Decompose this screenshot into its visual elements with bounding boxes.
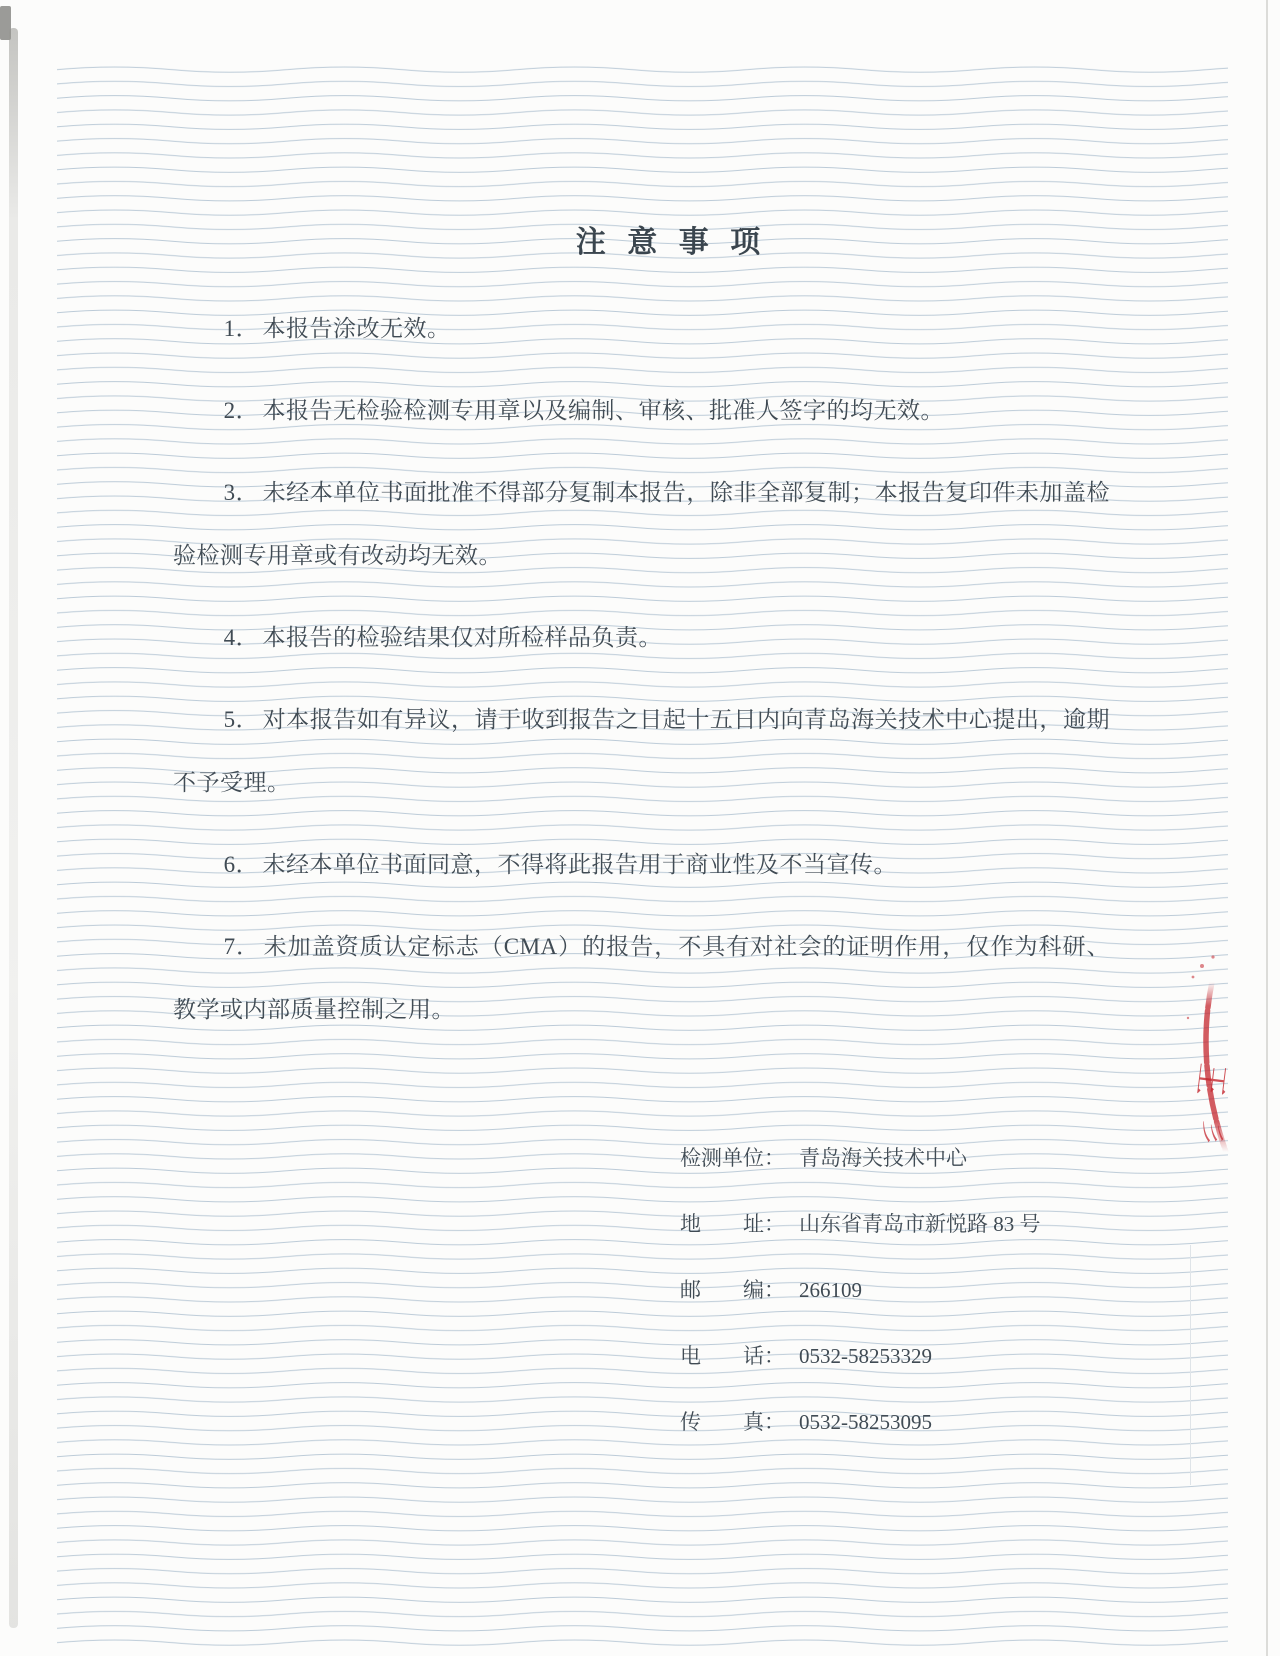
scan-left-streak — [9, 28, 18, 1628]
notice-text: 未经本单位书面同意，不得将此报告用于商业性及不当宣传。 — [263, 852, 898, 877]
notice-text: 未经本单位书面批准不得部分复制本报告，除非全部复制；本报告复印件未加盖检验检测专… — [173, 480, 1110, 568]
page-title: 注 意 事 项 — [233, 227, 1110, 259]
contact-value: 0532-58253095 — [799, 1410, 932, 1434]
contact-row-postcode: 邮 编：266109 — [680, 1278, 1110, 1302]
notice-number: 6． — [224, 852, 260, 877]
notice-text: 本报告的检验结果仅对所检样品负责。 — [263, 625, 663, 650]
notice-list: 1．本报告涂改无效。 2．本报告无检验检测专用章以及编制、审核、批准人签字的均无… — [173, 297, 1110, 1041]
notice-item-3: 3．未经本单位书面批准不得部分复制本报告，除非全部复制；本报告复印件未加盖检验检… — [173, 461, 1110, 587]
contact-value: 山东省青岛市新悦路 83 号 — [799, 1212, 1041, 1236]
contact-label: 传 真： — [680, 1410, 785, 1434]
notice-number: 7． — [224, 934, 261, 959]
notice-item-4: 4．本报告的检验结果仅对所检样品负责。 — [173, 606, 1110, 669]
contact-row-unit: 检测单位：青岛海关技术中心 — [680, 1146, 1110, 1170]
notice-item-1: 1．本报告涂改无效。 — [173, 297, 1110, 360]
notice-text: 未加盖资质认定标志（CMA）的报告，不具有对社会的证明作用，仅作为科研、教学或内… — [173, 934, 1110, 1022]
contact-label: 邮 编： — [680, 1278, 785, 1302]
contact-value: 266109 — [799, 1278, 862, 1302]
notice-item-6: 6．未经本单位书面同意，不得将此报告用于商业性及不当宣传。 — [173, 833, 1110, 896]
contact-block: 检测单位：青岛海关技术中心 地 址：山东省青岛市新悦路 83 号 邮 编：266… — [680, 1146, 1110, 1434]
contact-row-phone: 电 话：0532-58253329 — [680, 1344, 1110, 1368]
contact-value: 青岛海关技术中心 — [799, 1146, 967, 1170]
notice-text: 对本报告如有异议，请于收到报告之日起十五日内向青岛海关技术中心提出，逾期不予受理… — [173, 707, 1110, 795]
document-content: 注 意 事 项 1．本报告涂改无效。 2．本报告无检验检测专用章以及编制、审核、… — [57, 60, 1228, 1476]
scanned-report-page: 注 意 事 项 1．本报告涂改无效。 2．本报告无检验检测专用章以及编制、审核、… — [0, 0, 1280, 1656]
scan-right-edge-line — [1266, 0, 1268, 1656]
notice-item-5: 5．对本报告如有异议，请于收到报告之日起十五日内向青岛海关技术中心提出，逾期不予… — [173, 688, 1110, 814]
contact-label: 地 址： — [680, 1212, 785, 1236]
notice-number: 3． — [224, 480, 260, 505]
notice-item-7: 7．未加盖资质认定标志（CMA）的报告，不具有对社会的证明作用，仅作为科研、教学… — [173, 915, 1110, 1041]
notice-number: 1． — [224, 316, 260, 341]
contact-label: 检测单位： — [680, 1146, 785, 1170]
notice-item-2: 2．本报告无检验检测专用章以及编制、审核、批准人签字的均无效。 — [173, 379, 1110, 442]
notice-number: 5． — [224, 707, 260, 732]
contact-value: 0532-58253329 — [799, 1344, 932, 1368]
notice-text: 本报告无检验检测专用章以及编制、审核、批准人签字的均无效。 — [263, 398, 945, 423]
notice-number: 2． — [224, 398, 260, 423]
contact-row-address: 地 址：山东省青岛市新悦路 83 号 — [680, 1212, 1110, 1236]
contact-row-fax: 传 真：0532-58253095 — [680, 1410, 1110, 1434]
notice-text: 本报告涂改无效。 — [263, 316, 451, 341]
notice-number: 4． — [224, 625, 260, 650]
contact-label: 电 话： — [680, 1344, 785, 1368]
